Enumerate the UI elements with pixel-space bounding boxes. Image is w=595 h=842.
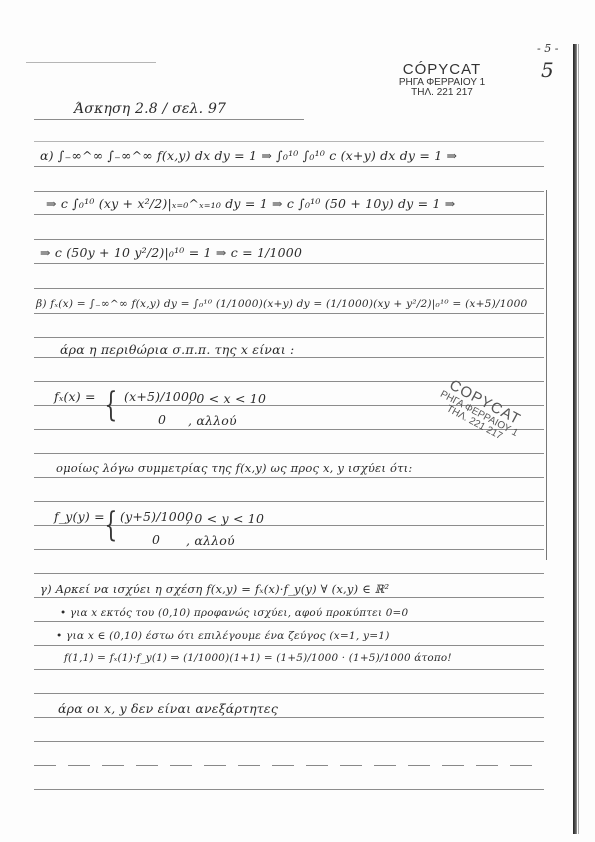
ruled-line [34, 214, 544, 215]
part-c-line-1: γ) Αρκεί να ισχύει η σχέση f(x,y) = fₓ(x… [40, 582, 389, 596]
ruled-line [34, 166, 544, 167]
ruled-line [34, 119, 304, 120]
part-b-line-2: άρα η περιθώρια σ.π.π. της x είναι : [60, 342, 294, 357]
ruled-line [34, 288, 544, 289]
part-a-line-1: α) ∫₋∞^∞ ∫₋∞^∞ f(x,y) dx dy = 1 ⇒ ∫₀¹⁰ ∫… [40, 148, 457, 163]
exercise-title: Άσκηση 2.8 / σελ. 97 [74, 101, 226, 117]
page-number-top: - 5 - [537, 42, 558, 55]
ruled-line [34, 453, 544, 454]
ruled-line [34, 789, 544, 790]
ruled-line [34, 141, 544, 142]
ruled-line [34, 337, 544, 338]
binding-edge [573, 44, 577, 834]
part-b-line-1: β) fₓ(x) = ∫₋∞^∞ f(x,y) dy = ∫₀¹⁰ (1/100… [36, 298, 527, 310]
ruled-line [34, 717, 544, 718]
stamp-brand: CÓPYCAT [386, 62, 498, 78]
ruled-line [34, 239, 544, 240]
ruled-line [34, 381, 544, 382]
ruled-line [34, 477, 544, 478]
copycat-stamp-mid: COPYCAT ΡΗΓΑ ΦΕΡΡΑΙΟΥ 1 ΤΗΛ. 221 217 [423, 370, 537, 454]
fx-case-2-cond: , αλλού [188, 413, 237, 428]
page-number-mark: 5 [541, 58, 554, 82]
ruled-line [34, 263, 544, 264]
fy-case-2-expr: 0 [152, 532, 160, 547]
fx-case-1-cond: , 0 < x < 10 [188, 391, 266, 406]
ruled-line [34, 501, 544, 502]
fy-case-1-expr: (y+5)/1000 [120, 509, 193, 524]
ruled-line [34, 573, 544, 574]
ruled-line [34, 549, 544, 550]
ruled-line [34, 313, 544, 314]
scanned-page: - 5 - 5 CÓPYCAT ΡΗΓΑ ΦΕΡΡΑΙΟΥ 1 ΤΗΛ. 221… [0, 0, 595, 842]
fy-case-2-cond: , αλλού [186, 533, 235, 548]
margin-line [546, 190, 547, 560]
ruled-line [26, 62, 156, 63]
part-a-line-3: ⇒ c (50y + 10 y²/2)|₀¹⁰ = 1 ⇒ c = 1/1000 [40, 245, 302, 260]
ruled-line [34, 191, 544, 192]
fy-label: f_y(y) = [54, 509, 105, 524]
fx-label: fₓ(x) = [54, 389, 96, 404]
ruled-line [34, 621, 544, 622]
ruled-line [34, 765, 544, 766]
symmetry-line: ομοίως λόγω συμμετρίας της f(x,y) ως προ… [56, 461, 412, 475]
ruled-line [34, 693, 544, 694]
conclusion-line: άρα οι x, y δεν είναι ανεξάρτητες [58, 701, 278, 716]
ruled-line [34, 741, 544, 742]
ruled-line [34, 669, 544, 670]
fx-case-2-expr: 0 [158, 412, 166, 427]
brace-icon: { [104, 508, 117, 542]
fx-case-1-expr: (x+5)/1000 [124, 389, 197, 404]
brace-icon: { [104, 388, 117, 422]
stamp-phone: ΤΗΛ. 221 217 [386, 88, 498, 99]
part-c-line-3: • για x ∈ (0,10) έστω ότι επιλέγουμε ένα… [56, 630, 390, 642]
binding-edge-shadow [578, 44, 579, 834]
ruled-line [34, 645, 544, 646]
part-c-line-4: f(1,1) = fₓ(1)·f_y(1) ⇒ (1/1000)(1+1) = … [64, 652, 452, 664]
part-a-line-2: ⇒ c ∫₀¹⁰ (xy + x²/2)|ₓ₌₀^ₓ₌₁₀ dy = 1 ⇒ c… [46, 196, 455, 211]
copycat-stamp-top: CÓPYCAT ΡΗΓΑ ΦΕΡΡΑΙΟΥ 1 ΤΗΛ. 221 217 [386, 62, 498, 99]
fy-case-1-cond: , 0 < y < 10 [186, 511, 264, 526]
part-c-line-2: • για x εκτός του (0,10) προφανώς ισχύει… [60, 607, 408, 619]
ruled-line [34, 357, 544, 358]
ruled-line [34, 597, 544, 598]
ruled-line [34, 429, 544, 430]
